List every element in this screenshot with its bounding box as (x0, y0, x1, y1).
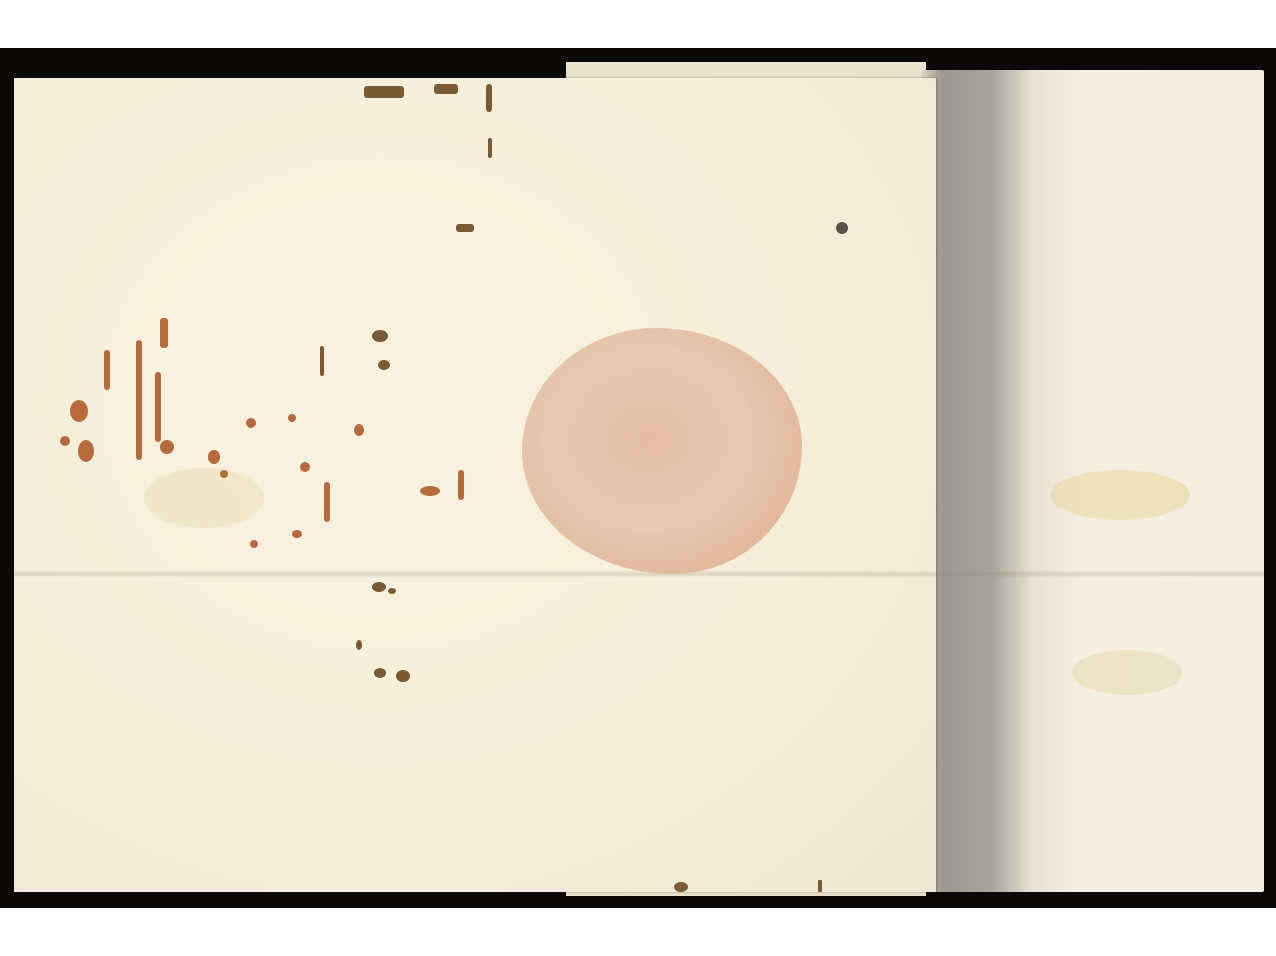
letter-front-panel (14, 78, 936, 892)
water-stain (1072, 650, 1182, 695)
water-stain (144, 468, 264, 528)
back-flap (922, 70, 1264, 892)
ink-dot (836, 222, 848, 234)
horizontal-fold-line (14, 570, 1264, 578)
water-stain (1050, 470, 1190, 520)
